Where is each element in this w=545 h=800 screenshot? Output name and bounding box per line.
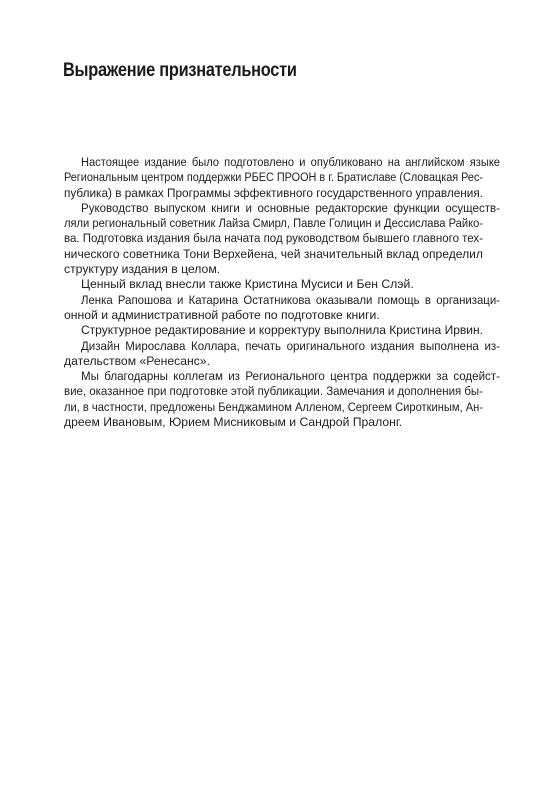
paragraph: Структурное редактирование и корректуру … [64, 323, 483, 338]
page-title: Выражение признательности [63, 60, 297, 82]
text-line: Ленка Рапошова и Катарина Остатникова ок… [64, 293, 500, 308]
text-line: Ценный вклад внесли также Кристина Мусис… [64, 277, 483, 292]
text-line: вие, оказанное при подготовке этой публи… [64, 384, 483, 399]
text-line: Региональным центром поддержки РБЕС ПРОО… [64, 170, 483, 185]
text-line: структуру издания в целом. [64, 262, 483, 277]
paragraph: Настоящее издание было подготовлено и оп… [64, 155, 483, 201]
acknowledgements-body: Настоящее издание было подготовлено и оп… [64, 155, 483, 430]
paragraph: Руководство выпуском книги и основные ре… [64, 201, 483, 277]
paragraph: Дизайн Мирослава Коллара, печать оригина… [64, 339, 483, 370]
text-line: ва. Подготовка издания была начата под р… [64, 231, 483, 246]
text-line: онной и административной работе по подго… [64, 308, 483, 323]
text-line: ляли региональный советник Лайза Смирл, … [64, 216, 483, 231]
text-line: дательством «Ренесанс». [64, 354, 483, 369]
paragraph: Мы благодарны коллегам из Регионального … [64, 369, 483, 430]
text-line: Мы благодарны коллегам из Регионального … [64, 369, 500, 384]
paragraph: Ценный вклад внесли также Кристина Мусис… [64, 277, 483, 292]
text-line: Настоящее издание было подготовлено и оп… [64, 155, 500, 170]
text-line: дреем Ивановым, Юрием Мисниковым и Сандр… [64, 415, 483, 430]
text-line: ли, в частности, предложены Бенджамином … [64, 400, 483, 415]
text-line: нического советника Тони Верхейена, чей … [64, 247, 483, 262]
document-page: Выражение признательности Настоящее изда… [0, 0, 545, 800]
paragraph: Ленка Рапошова и Катарина Остатникова ок… [64, 293, 483, 324]
text-line: Руководство выпуском книги и основные ре… [64, 201, 500, 216]
text-line: публика) в рамках Программы эффективного… [64, 186, 483, 201]
text-line: Дизайн Мирослава Коллара, печать оригина… [64, 339, 500, 354]
text-line: Структурное редактирование и корректуру … [64, 323, 500, 338]
